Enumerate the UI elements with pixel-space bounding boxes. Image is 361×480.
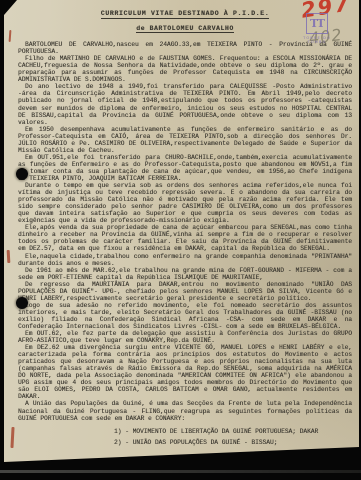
scanner-edge-line <box>0 470 361 473</box>
paragraph: Em DEZ.62 uma divergência surgiu entre V… <box>18 344 352 400</box>
paragraph: A União das Populações da Guiné, é uma d… <box>18 400 352 421</box>
hole-punch-bottom <box>16 297 28 309</box>
scanned-document-page: { "page": { "title": "CURRICULUM VITAE D… <box>0 0 361 480</box>
paragraph: Ele,naquela cidade,trabalhou como enferm… <box>18 253 352 267</box>
list-item: 2) - UNIÃO DAS POPULAÇÕES DA GUINÉ - BIS… <box>114 439 352 446</box>
list-item: 1) - MOVIMENTO DE LIBERTAÇÃO DA GUINÉ PO… <box>114 428 352 435</box>
document-paper: CURRICULUM VITAE DESTINADO À P.I.D.E. de… <box>4 0 359 480</box>
paragraph: Em 1950 desempenhava acumulativamente as… <box>18 126 352 154</box>
paragraph: Durante o tempo em que servia sob as ord… <box>18 182 352 224</box>
archive-stamp: TT TORRE DO TOMBO <box>300 13 334 44</box>
paragraph: Em OUT.62, ele fez parte da delegação qu… <box>18 330 352 344</box>
archive-stamp-caption-line2: TOMBO <box>300 40 334 44</box>
hole-punch-top <box>16 168 28 180</box>
archive-stamp-caption: TORRE DO TOMBO <box>300 36 334 44</box>
paragraph: De regresso da MAURITÂNIA para DAKAR,ent… <box>18 281 352 302</box>
document-list: 1) - MOVIMENTO DE LIBERTAÇÃO DA GUINÉ PO… <box>18 428 352 446</box>
archive-stamp-logo: TT <box>306 13 328 34</box>
paragraph: De 1961 ao mês de MAR.62,ele trabalhou n… <box>18 267 352 281</box>
document-title: CURRICULUM VITAE DESTINADO À P.I.D.E. <box>101 10 270 19</box>
document-body: BARTOLOMEU DE CARVALHO,nasceu em 24AGO.3… <box>18 41 352 422</box>
paragraph: Ele,após venda da sua propriedade de can… <box>18 224 352 252</box>
document-text-column: CURRICULUM VITAE DESTINADO À P.I.D.E. de… <box>18 6 352 450</box>
paragraph: Logo de sua adesão no referido movimento… <box>18 302 352 330</box>
paragraph: Do ano lectivo de 1948 a 1949,foi transf… <box>18 83 352 125</box>
document-subtitle: de BARTOLOMEU CARVALHO <box>136 25 234 34</box>
paragraph: Em OUT.951,ele foi transferido para CHUR… <box>18 154 352 182</box>
paragraph: Filho de MARTINHO DE CARVALHO e de FAUST… <box>18 55 352 83</box>
